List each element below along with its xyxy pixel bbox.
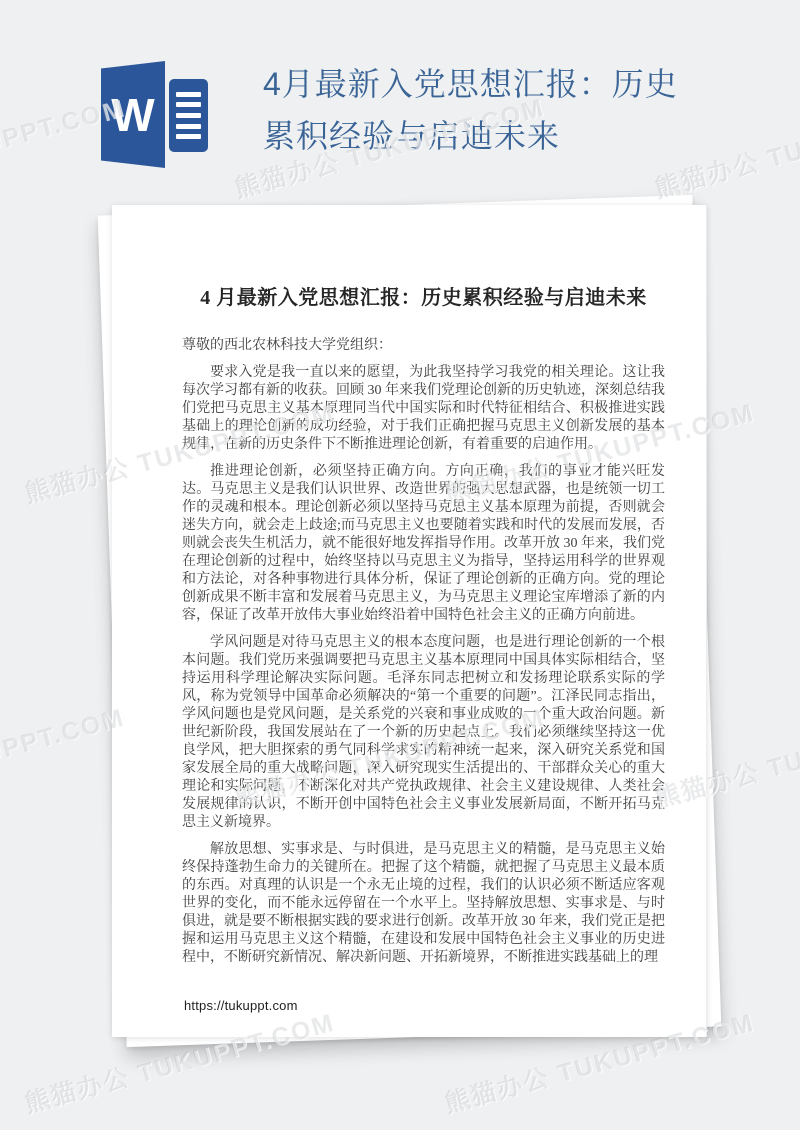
doc-text-line bbox=[176, 92, 201, 97]
doc-text-line bbox=[176, 134, 201, 139]
document-paragraph: 要求入党是我一直以来的愿望，为此我坚持学习我党的相关理论。这让我每次学习都有新的… bbox=[182, 364, 665, 454]
watermark-text: 熊猫办公 TUKUPPT.COM bbox=[0, 698, 128, 815]
document-page: 4 月最新入党思想汇报：历史累积经验与启迪未来 尊敬的西北农林科技大学党组织： … bbox=[112, 205, 707, 1037]
page-title-line-2: 累积经验与启迪未来 bbox=[263, 110, 678, 162]
salutation: 尊敬的西北农林科技大学党组织： bbox=[182, 337, 665, 355]
page-title: 4月最新入党思想汇报：历史 累积经验与启迪未来 bbox=[263, 58, 678, 162]
document-paragraph: 解放思想、实事求是、与时俱进，是马克思主义的精髓，是马克思主义始终保持蓬勃生命力… bbox=[182, 841, 665, 967]
doc-text-line bbox=[176, 102, 201, 107]
doc-text-line bbox=[176, 113, 201, 118]
preview-stage: W 4月最新入党思想汇报：历史 累积经验与启迪未来 4 月最新入党思想汇报：历史… bbox=[0, 0, 800, 1130]
document-preview: 4 月最新入党思想汇报：历史累积经验与启迪未来 尊敬的西北农林科技大学党组织： … bbox=[112, 205, 707, 1037]
doc-text-line bbox=[176, 124, 201, 129]
footer-link[interactable]: https://tukuppt.com bbox=[184, 998, 298, 1013]
document-title: 4 月最新入党思想汇报：历史累积经验与启迪未来 bbox=[182, 285, 665, 311]
word-doc-page-shape bbox=[169, 79, 208, 152]
document-paragraph: 推进理论创新，必须坚持正确方向。方向正确，我们的事业才能兴旺发达。马克思主义是我… bbox=[182, 463, 665, 625]
word-flap-shape: W bbox=[101, 61, 165, 168]
word-file-icon: W bbox=[95, 58, 211, 172]
document-paragraph: 学风问题是对待马克思主义的根本态度问题，也是进行理论创新的一个根本问题。我们党历… bbox=[182, 634, 665, 832]
page-title-line-1: 4月最新入党思想汇报：历史 bbox=[263, 58, 678, 110]
word-letter: W bbox=[111, 92, 154, 138]
